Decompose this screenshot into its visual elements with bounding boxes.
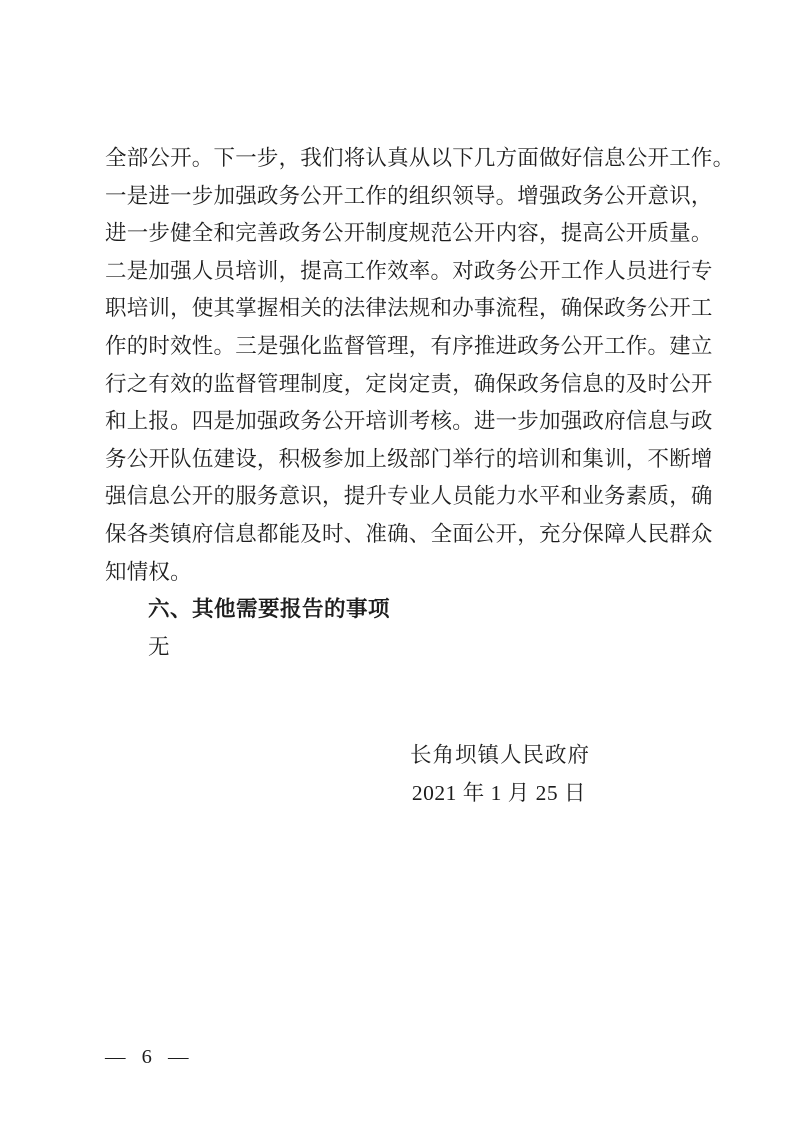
paragraph-line: 行之有效的监督管理制度，定岗定责，确保政务信息的及时公开	[105, 366, 700, 404]
paragraph-line: 务公开队伍建设，积极参加上级部门举行的培训和集训，不断增	[105, 441, 700, 479]
signoff-organization: 长角坝镇人民政府	[105, 737, 700, 775]
paragraph-line: 和上报。四是加强政务公开培训考核。进一步加强政府信息与政	[105, 403, 700, 441]
paragraph-line: 作的时效性。三是强化监督管理，有序推进政务公开工作。建立	[105, 328, 700, 366]
section-heading: 六、其他需要报告的事项	[105, 591, 700, 629]
paragraph-line: 二是加强人员培训，提高工作效率。对政务公开工作人员进行专	[105, 253, 700, 291]
paragraph-line: 强信息公开的服务意识，提升专业人员能力水平和业务素质，确	[105, 478, 700, 516]
body-paragraph: 全部公开。下一步，我们将认真从以下几方面做好信息公开工作。一是进一步加强政务公开…	[105, 140, 700, 591]
section-content: 无	[105, 629, 700, 667]
page-number: — 6 —	[105, 1042, 190, 1072]
paragraph-line: 一是进一步加强政务公开工作的组织领导。增强政务公开意识，	[105, 178, 700, 216]
signoff-block: 长角坝镇人民政府 2021 年 1 月 25 日	[105, 737, 700, 812]
document-body: 全部公开。下一步，我们将认真从以下几方面做好信息公开工作。一是进一步加强政务公开…	[105, 140, 700, 666]
paragraph-line: 进一步健全和完善政务公开制度规范公开内容，提高公开质量。	[105, 215, 700, 253]
paragraph-line: 知情权。	[105, 554, 700, 592]
paragraph-line: 职培训，使其掌握相关的法律法规和办事流程，确保政务公开工	[105, 290, 700, 328]
paragraph-line: 保各类镇府信息都能及时、准确、全面公开，充分保障人民群众	[105, 516, 700, 554]
paragraph-line: 全部公开。下一步，我们将认真从以下几方面做好信息公开工作。	[105, 140, 700, 178]
signoff-date: 2021 年 1 月 25 日	[105, 775, 700, 813]
document-page: 全部公开。下一步，我们将认真从以下几方面做好信息公开工作。一是进一步加强政务公开…	[0, 0, 793, 1122]
